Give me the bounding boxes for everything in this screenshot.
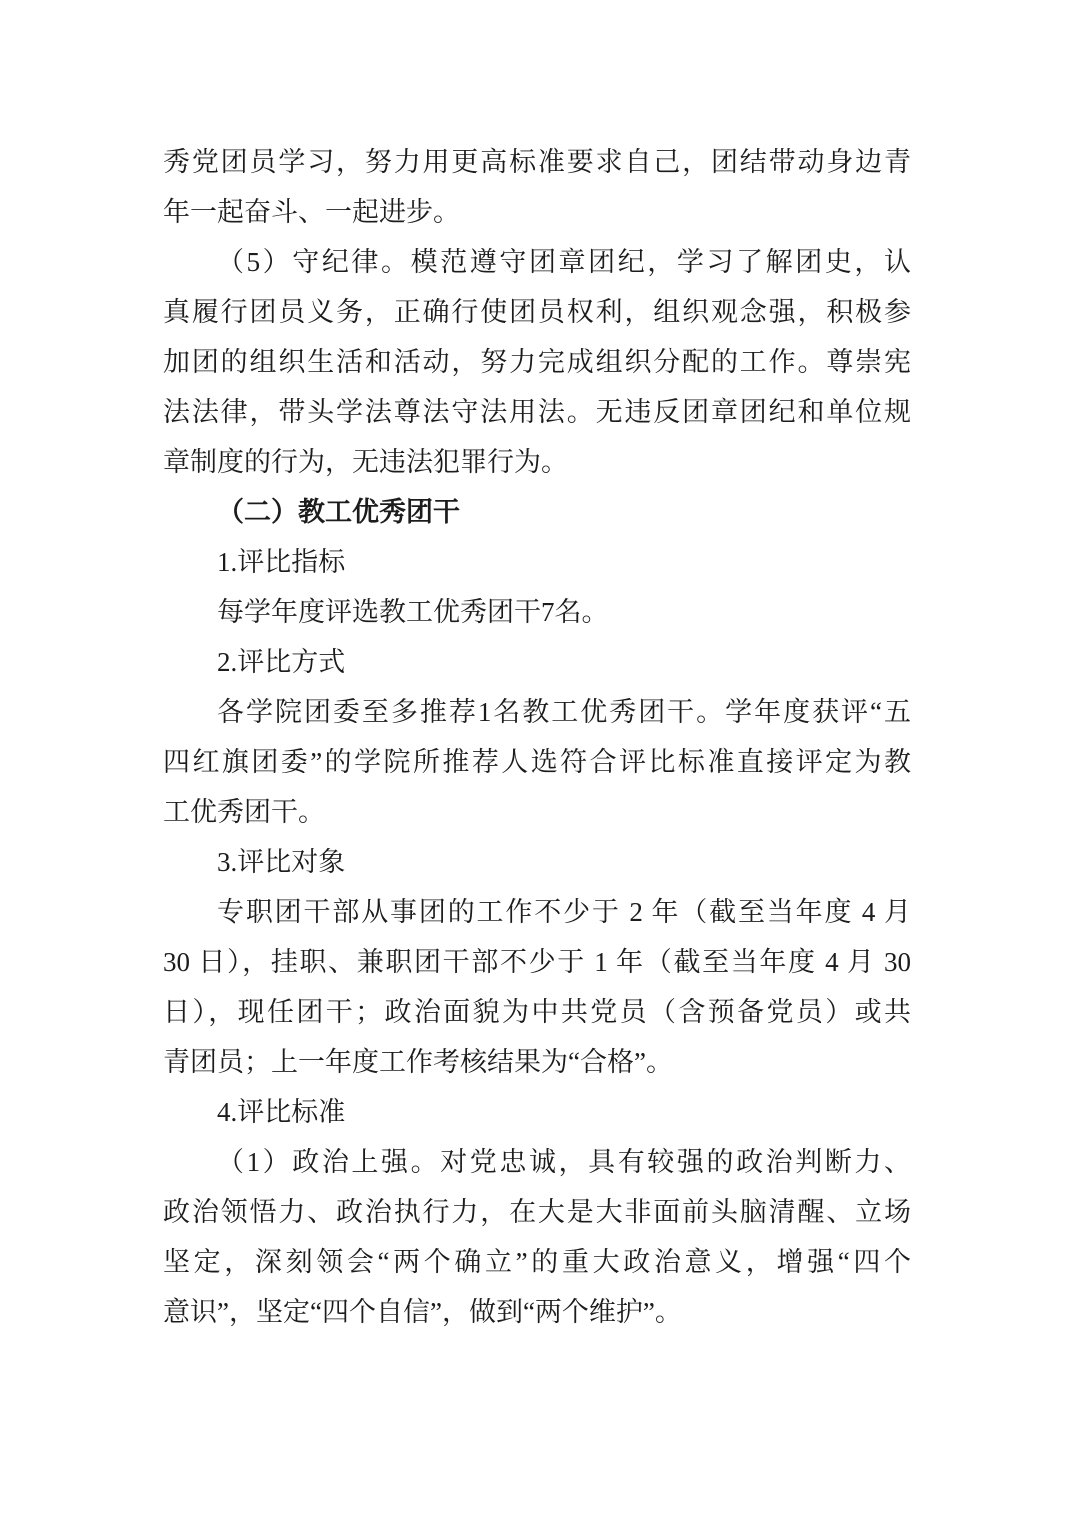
text-line: 2.评比方式 [163,637,911,687]
paragraph: （1）政治上强。对党忠诚，具有较强的政治判断力、政治领悟力、政治执行力，在大是大… [163,1137,911,1337]
numbered-heading: 2.评比方式 [163,637,911,687]
text-line: 加团的组织生活和活动，努力完成组织分配的工作。尊崇宪 [163,337,911,387]
text-line: 专职团干部从事团的工作不少于 2 年（截至当年度 4 月 [163,887,911,937]
text-line: 青团员；上一年度工作考核结果为“合格”。 [163,1037,911,1087]
text-line: 各学院团委至多推荐1名教工优秀团干。学年度获评“五 [163,687,911,737]
text-line: 秀党团员学习，努力用更高标准要求自己，团结带动身边青 [163,137,911,187]
paragraph: 每学年度评选教工优秀团干7名。 [163,587,911,637]
text-line: 工优秀团干。 [163,787,911,837]
numbered-heading: 1.评比指标 [163,537,911,587]
text-line: 每学年度评选教工优秀团干7名。 [163,587,911,637]
text-line: 坚定，深刻领会“两个确立”的重大政治意义，增强“四个 [163,1237,911,1287]
document-page: 秀党团员学习，努力用更高标准要求自己，团结带动身边青年一起奋斗、一起进步。（5）… [0,0,1074,1520]
text-line: （二）教工优秀团干 [163,487,911,537]
numbered-heading: 3.评比对象 [163,837,911,887]
text-line: 章制度的行为，无违法犯罪行为。 [163,437,911,487]
text-line: 3.评比对象 [163,837,911,887]
document-body: 秀党团员学习，努力用更高标准要求自己，团结带动身边青年一起奋斗、一起进步。（5）… [163,137,911,1337]
text-line: 1.评比指标 [163,537,911,587]
text-line: （5）守纪律。模范遵守团章团纪，学习了解团史，认 [163,237,911,287]
section-heading: （二）教工优秀团干 [163,487,911,537]
text-line: 年一起奋斗、一起进步。 [163,187,911,237]
paragraph: 各学院团委至多推荐1名教工优秀团干。学年度获评“五四红旗团委”的学院所推荐人选符… [163,687,911,837]
text-line: 法法律，带头学法尊法守法用法。无违反团章团纪和单位规 [163,387,911,437]
paragraph: 专职团干部从事团的工作不少于 2 年（截至当年度 4 月30 日），挂职、兼职团… [163,887,911,1087]
text-line: 政治领悟力、政治执行力，在大是大非面前头脑清醒、立场 [163,1187,911,1237]
text-line: 四红旗团委”的学院所推荐人选符合评比标准直接评定为教 [163,737,911,787]
paragraph: （5）守纪律。模范遵守团章团纪，学习了解团史，认真履行团员义务，正确行使团员权利… [163,237,911,487]
text-line: 30 日），挂职、兼职团干部不少于 1 年（截至当年度 4 月 30 [163,937,911,987]
paragraph: 秀党团员学习，努力用更高标准要求自己，团结带动身边青年一起奋斗、一起进步。 [163,137,911,237]
text-line: 4.评比标准 [163,1087,911,1137]
text-line: 真履行团员义务，正确行使团员权利，组织观念强，积极参 [163,287,911,337]
text-line: （1）政治上强。对党忠诚，具有较强的政治判断力、 [163,1137,911,1187]
numbered-heading: 4.评比标准 [163,1087,911,1137]
text-line: 日），现任团干；政治面貌为中共党员（含预备党员）或共 [163,987,911,1037]
text-line: 意识”，坚定“四个自信”，做到“两个维护”。 [163,1287,911,1337]
